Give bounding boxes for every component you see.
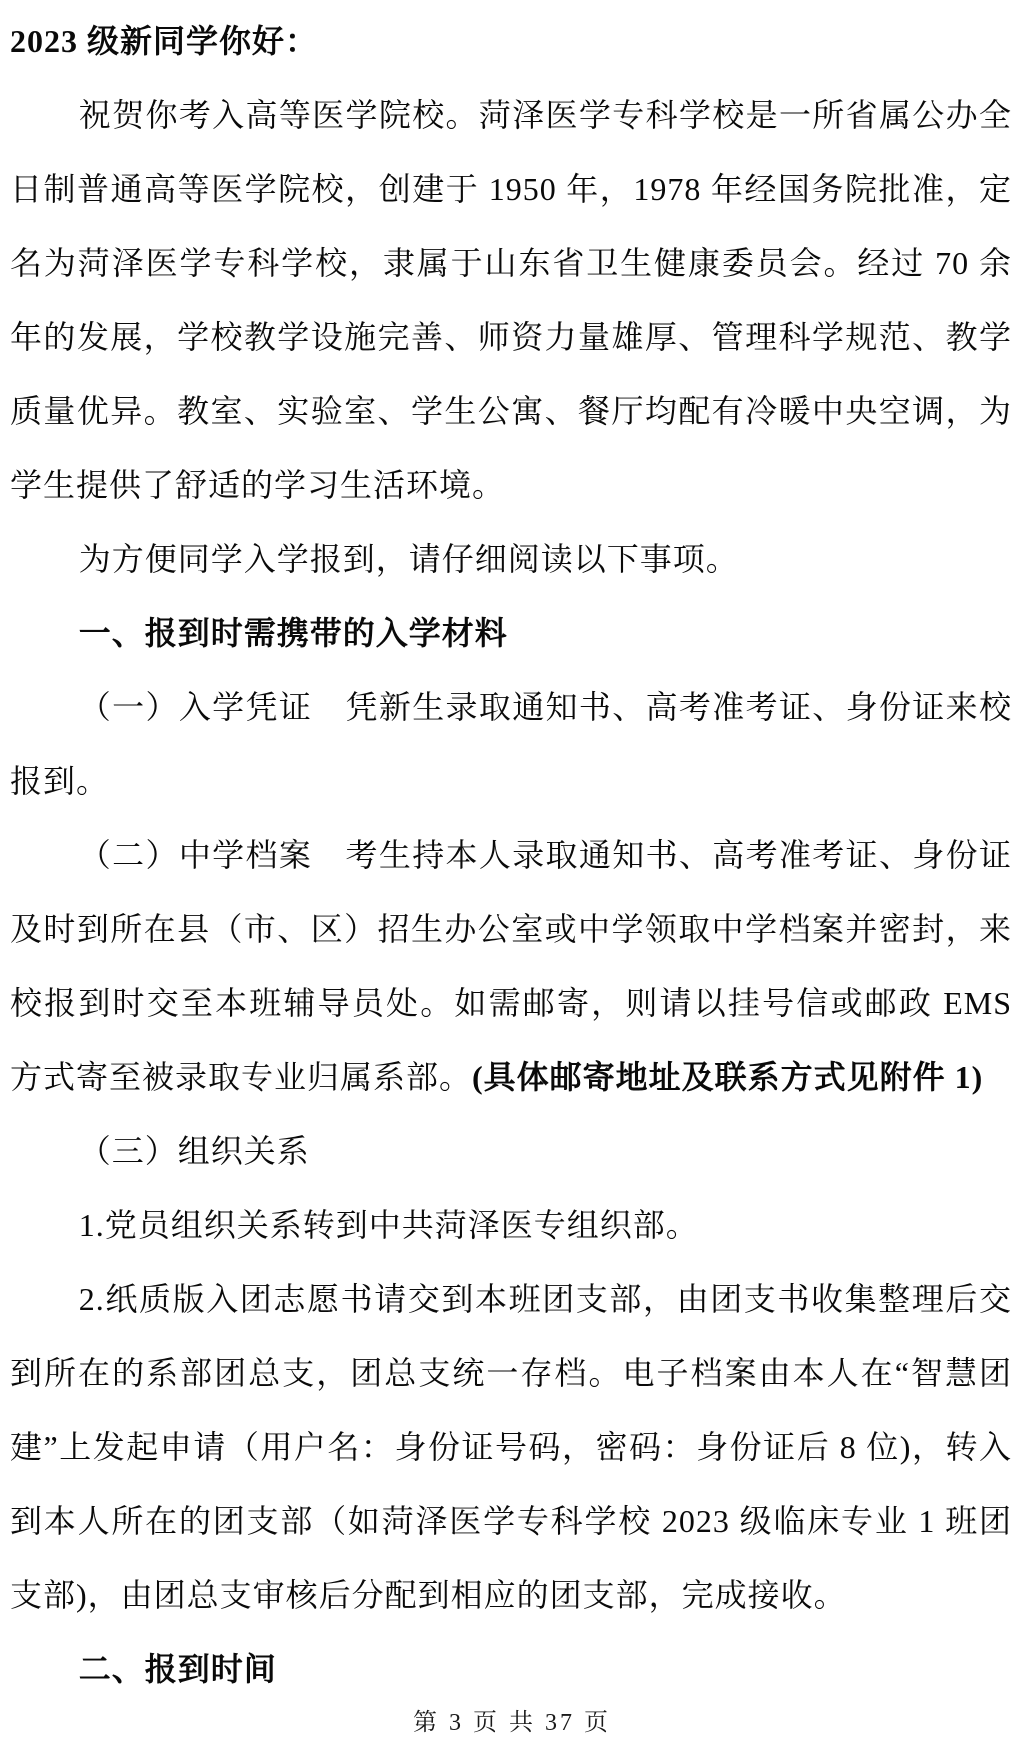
bold-note-attachment-1: (具体邮寄地址及联系方式见附件 1) <box>472 1059 983 1095</box>
salutation-line: 2023 级新同学你好： <box>10 4 1012 78</box>
section-heading-registration-time: 二、报到时间 <box>10 1632 1012 1706</box>
paragraph-admission-credentials: （一）入学凭证 凭新生录取通知书、高考准考证、身份证来校报到。 <box>10 670 1012 818</box>
page-number-footer: 第 3 页 共 37 页 <box>0 1702 1024 1737</box>
section-heading-materials: 一、报到时需携带的入学材料 <box>10 596 1012 670</box>
document-body: 2023 级新同学你好： 祝贺你考入高等医学院校。菏泽医学专科学校是一所省属公办… <box>10 4 1012 1706</box>
paragraph-middle-school-file: （二）中学档案 考生持本人录取通知书、高考准考证、身份证及时到所在县（市、区）招… <box>10 818 1012 1114</box>
paragraph-read-notice: 为方便同学入学报到，请仔细阅读以下事项。 <box>10 522 1012 596</box>
paragraph-party-membership: 1.党员组织关系转到中共菏泽医专组织部。 <box>10 1188 1012 1262</box>
paragraph-middle-school-file-text: （二）中学档案 考生持本人录取通知书、高考准考证、身份证及时到所在县（市、区）招… <box>10 837 1012 1095</box>
paragraph-organization-relation-heading: （三）组织关系 <box>10 1114 1012 1188</box>
document-page: 2023 级新同学你好： 祝贺你考入高等医学院校。菏泽医学专科学校是一所省属公办… <box>0 0 1024 1744</box>
paragraph-school-introduction: 祝贺你考入高等医学院校。菏泽医学专科学校是一所省属公办全日制普通高等医学院校，创… <box>10 78 1012 522</box>
paragraph-league-membership: 2.纸质版入团志愿书请交到本班团支部，由团支书收集整理后交到所在的系部团总支，团… <box>10 1262 1012 1632</box>
